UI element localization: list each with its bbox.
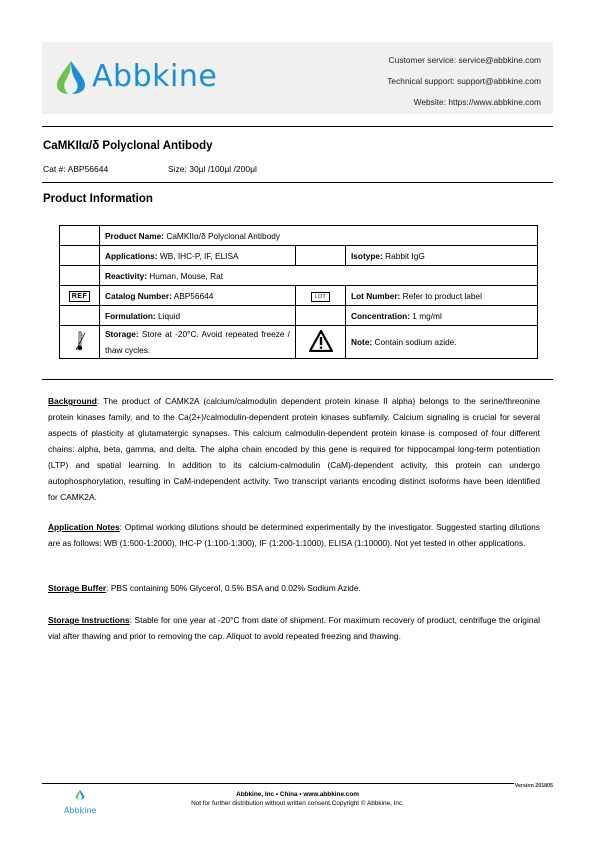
ref-icon: REF bbox=[69, 291, 91, 302]
table-row: Formulation: Liquid Concentration: 1 mg/… bbox=[60, 306, 538, 326]
temperature-limit-icon bbox=[73, 330, 87, 352]
footer-copyright: Not for further distribution without wri… bbox=[130, 799, 465, 808]
formulation-cell: Formulation: Liquid bbox=[100, 306, 296, 326]
product-title: CaMKIIα/δ Polyclonal Antibody bbox=[43, 140, 213, 152]
section-divider bbox=[42, 379, 553, 380]
application-notes-paragraph: Application Notes: Optimal working dilut… bbox=[48, 519, 540, 551]
catalog-number-cell: Catalog Number: ABP56644 bbox=[100, 286, 296, 306]
isotype-cell: Isotype: Rabbit IgG bbox=[346, 246, 538, 266]
footer-logo: Abbkine bbox=[64, 789, 96, 818]
footer-text: Abbkine, Inc • China • www.abbkine.com N… bbox=[130, 790, 465, 808]
table-row: Applications: WB, IHC-P, IF, ELISA Isoty… bbox=[60, 246, 538, 266]
product-info-table: Product Name: CaMKIIα/δ Polyclonal Antib… bbox=[59, 225, 538, 359]
section-title-product-information: Product Information bbox=[43, 193, 153, 205]
header-divider bbox=[42, 126, 553, 127]
applications-cell: Applications: WB, IHC-P, IF, ELISA bbox=[100, 246, 296, 266]
warning-icon bbox=[309, 330, 333, 352]
table-row: Product Name: CaMKIIα/δ Polyclonal Antib… bbox=[60, 226, 538, 246]
customer-service-link[interactable]: Customer service: service@abbkine.com bbox=[387, 50, 541, 71]
lot-icon: LOT bbox=[311, 292, 330, 302]
table-row: Storage: Store at -20°C. Avoid repeated … bbox=[60, 326, 538, 359]
website-link[interactable]: Website: https://www.abbkine.com bbox=[387, 92, 541, 113]
reactivity-cell: Reactivity: Human, Mouse, Rat bbox=[100, 266, 538, 286]
product-name-cell: Product Name: CaMKIIα/δ Polyclonal Antib… bbox=[100, 226, 538, 246]
concentration-cell: Concentration: 1 mg/ml bbox=[346, 306, 538, 326]
header-banner: Abbkine Customer service: service@abbkin… bbox=[42, 42, 553, 114]
table-row: Reactivity: Human, Mouse, Rat bbox=[60, 266, 538, 286]
storage-cell: Storage: Store at -20°C. Avoid repeated … bbox=[100, 326, 296, 359]
abbkine-logo: Abbkine bbox=[54, 58, 217, 96]
footer-logo-text: Abbkine bbox=[64, 806, 96, 815]
storage-instructions-paragraph: Storage Instructions: Stable for one yea… bbox=[48, 612, 540, 644]
logo-text: Abbkine bbox=[92, 59, 217, 95]
footer-company-line: Abbkine, Inc • China • www.abbkine.com bbox=[130, 790, 465, 799]
table-row: REF Catalog Number: ABP56644 LOT Lot Num… bbox=[60, 286, 538, 306]
footer-divider bbox=[42, 783, 514, 784]
title-divider bbox=[42, 182, 553, 183]
footer-logo-drop-icon bbox=[75, 789, 85, 800]
lot-number-cell: Lot Number: Refer to product label bbox=[346, 286, 538, 306]
logo-drop-icon bbox=[54, 59, 88, 95]
cat-number: Cat #: ABP56644 bbox=[43, 164, 108, 174]
version-label: Version 201805 bbox=[515, 783, 553, 789]
size-options: Size: 30μl /100μl /200μl bbox=[168, 164, 257, 174]
background-paragraph: Background: The product of CAMK2A (calci… bbox=[48, 393, 540, 505]
note-cell: Note: Contain sodium azide. bbox=[346, 326, 538, 359]
technical-support-link[interactable]: Technical support: support@abbkine.com bbox=[387, 71, 541, 92]
storage-buffer-paragraph: Storage Buffer: PBS containing 50% Glyce… bbox=[48, 580, 540, 596]
contact-info: Customer service: service@abbkine.com Te… bbox=[387, 50, 541, 113]
